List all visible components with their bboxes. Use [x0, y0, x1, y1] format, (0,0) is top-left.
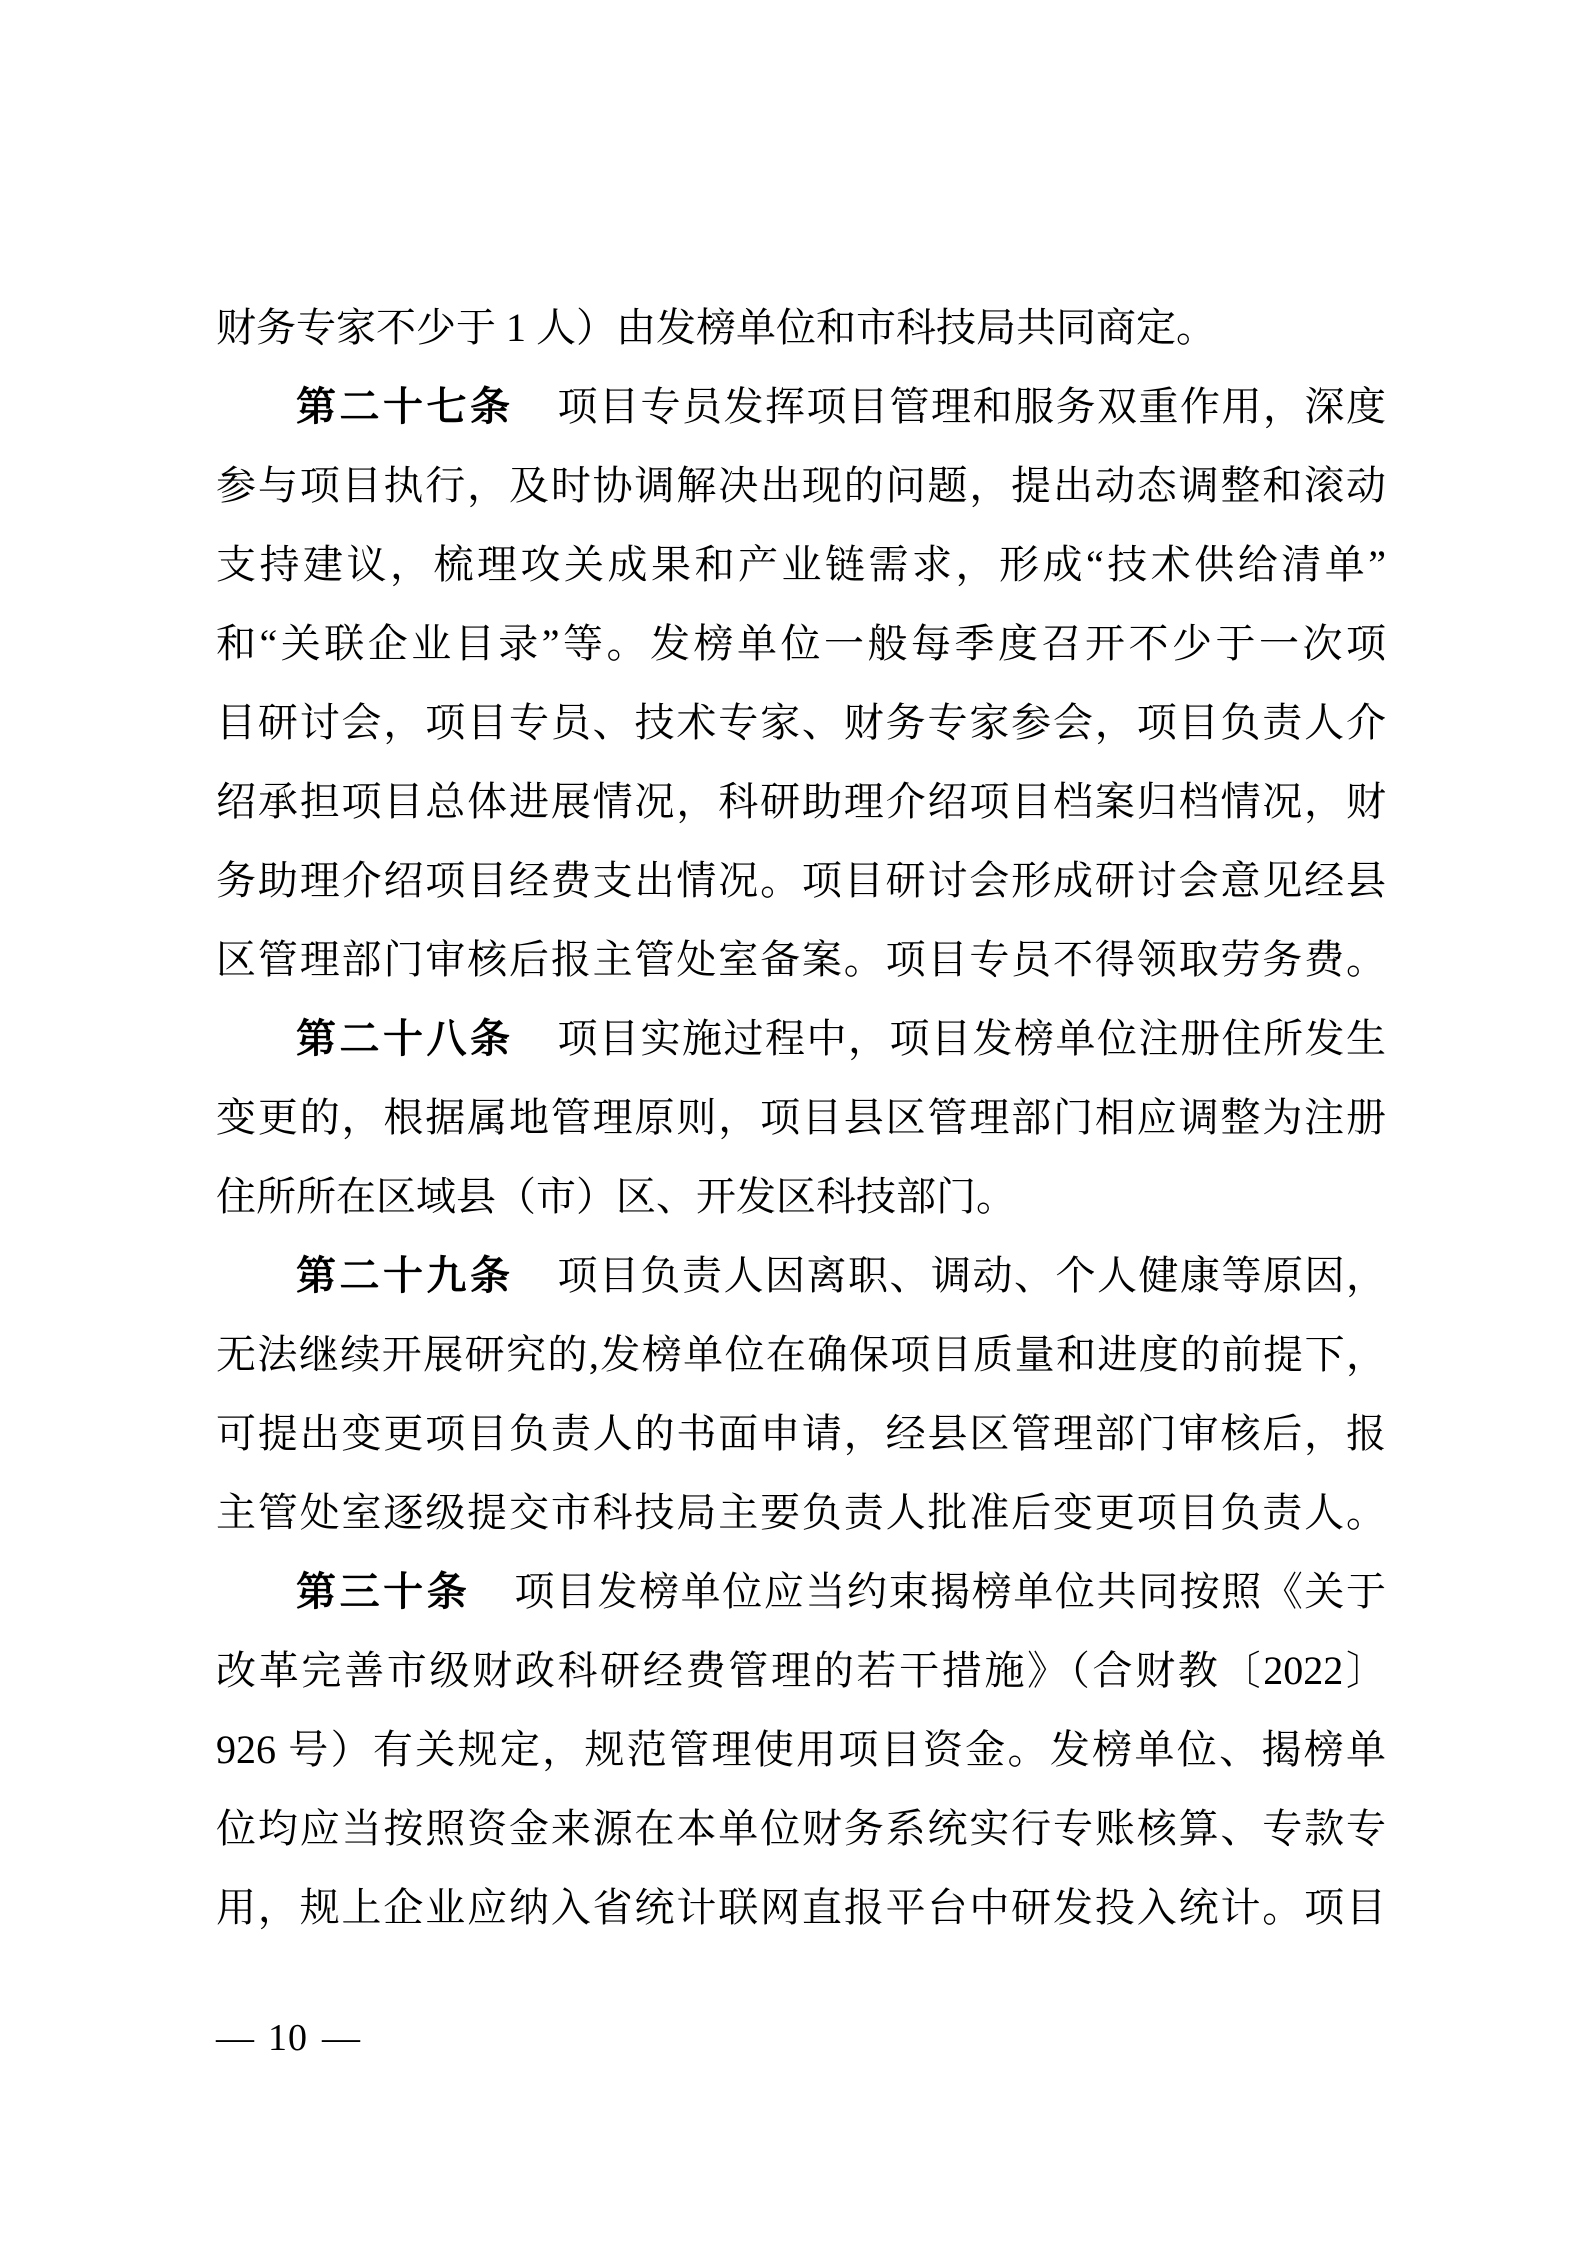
line-text: 项目发榜单位应当约束揭榜单位共同按照《关于 [514, 1569, 1386, 1614]
line-text: 目研讨会，项目专员、技术专家、财务专家参会，项目负责人介 [216, 700, 1386, 745]
text-line: 务助理介绍项目经费支出情况。项目研讨会形成研讨会意见经县 [216, 841, 1386, 920]
line-text: 住所所在区域县（市）区、开发区科技部门。 [216, 1174, 1016, 1219]
line-text: 支持建议，梳理攻关成果和产业链需求，形成“技术供给清单” [216, 542, 1386, 587]
line-text: 务助理介绍项目经费支出情况。项目研讨会形成研讨会意见经县 [216, 858, 1386, 903]
text-line: 支持建议，梳理攻关成果和产业链需求，形成“技术供给清单” [216, 525, 1386, 604]
document-page: 财务专家不少于 1 人）由发榜单位和市科技局共同商定。 第二十七条项目专员发挥项… [0, 0, 1588, 2245]
page-number: 10 [268, 2010, 308, 2066]
line-text: 926 号）有关规定，规范管理使用项目资金。发榜单位、揭榜单 [216, 1727, 1386, 1772]
text-line: 位均应当按照资金来源在本单位财务系统实行专账核算、专款专 [216, 1789, 1386, 1868]
text-line: 用，规上企业应纳入省统计联网直报平台中研发投入统计。项目 [216, 1868, 1386, 1947]
document-body: 财务专家不少于 1 人）由发榜单位和市科技局共同商定。 第二十七条项目专员发挥项… [216, 288, 1386, 1947]
text-line: 926 号）有关规定，规范管理使用项目资金。发榜单位、揭榜单 [216, 1710, 1386, 1789]
article-number: 第三十条 [296, 1569, 470, 1614]
line-text: 变更的，根据属地管理原则，项目县区管理部门相应调整为注册 [216, 1095, 1386, 1140]
line-text: 项目专员发挥项目管理和服务双重作用，深度 [558, 384, 1387, 429]
text-line: 和“关联企业目录”等。发榜单位一般每季度召开不少于一次项 [216, 604, 1386, 683]
text-line: 改革完善市级财政科研经费管理的若干措施》（合财教〔2022〕 [216, 1631, 1386, 1710]
text-line: 第三十条项目发榜单位应当约束揭榜单位共同按照《关于 [216, 1552, 1386, 1631]
text-line: 无法继续开展研究的,发榜单位在确保项目质量和进度的前提下， [216, 1315, 1386, 1394]
line-text: 主管处室逐级提交市科技局主要负责人批准后变更项目负责人。 [216, 1490, 1386, 1535]
text-line: 可提出变更项目负责人的书面申请，经县区管理部门审核后，报 [216, 1394, 1386, 1473]
text-line: 第二十八条项目实施过程中，项目发榜单位注册住所发生 [216, 999, 1386, 1078]
line-text: 项目负责人因离职、调动、个人健康等原因， [558, 1253, 1387, 1298]
article-number: 第二十七条 [296, 384, 514, 429]
line-text: 财务专家不少于 1 人）由发榜单位和市科技局共同商定。 [216, 305, 1216, 350]
text-line: 第二十七条项目专员发挥项目管理和服务双重作用，深度 [216, 367, 1386, 446]
text-line: 参与项目执行，及时协调解决出现的问题，提出动态调整和滚动 [216, 446, 1386, 525]
line-text: 项目实施过程中，项目发榜单位注册住所发生 [558, 1016, 1387, 1061]
text-line: 目研讨会，项目专员、技术专家、财务专家参会，项目负责人介 [216, 683, 1386, 762]
text-line: 第二十九条项目负责人因离职、调动、个人健康等原因， [216, 1236, 1386, 1315]
line-text: 绍承担项目总体进展情况，科研助理介绍项目档案归档情况，财 [216, 779, 1386, 824]
line-text: 改革完善市级财政科研经费管理的若干措施》（合财教〔2022〕 [216, 1648, 1386, 1693]
text-line: 变更的，根据属地管理原则，项目县区管理部门相应调整为注册 [216, 1078, 1386, 1157]
text-line: 主管处室逐级提交市科技局主要负责人批准后变更项目负责人。 [216, 1473, 1386, 1552]
line-text: 用，规上企业应纳入省统计联网直报平台中研发投入统计。项目 [216, 1885, 1386, 1930]
line-text: 区管理部门审核后报主管处室备案。项目专员不得领取劳务费。 [216, 937, 1386, 982]
line-text: 可提出变更项目负责人的书面申请，经县区管理部门审核后，报 [216, 1411, 1386, 1456]
line-text: 参与项目执行，及时协调解决出现的问题，提出动态调整和滚动 [216, 463, 1386, 508]
line-text: 无法继续开展研究的,发榜单位在确保项目质量和进度的前提下， [216, 1332, 1386, 1377]
footer-dash-right: — [322, 2010, 360, 2066]
line-text: 和“关联企业目录”等。发榜单位一般每季度召开不少于一次项 [216, 621, 1386, 666]
article-number: 第二十九条 [296, 1253, 514, 1298]
footer-dash-left: — [216, 2010, 254, 2066]
text-line: 区管理部门审核后报主管处室备案。项目专员不得领取劳务费。 [216, 920, 1386, 999]
text-line: 住所所在区域县（市）区、开发区科技部门。 [216, 1157, 1386, 1236]
line-text: 位均应当按照资金来源在本单位财务系统实行专账核算、专款专 [216, 1806, 1386, 1851]
text-line: 财务专家不少于 1 人）由发榜单位和市科技局共同商定。 [216, 288, 1386, 367]
page-footer: —10— [216, 2010, 360, 2066]
text-line: 绍承担项目总体进展情况，科研助理介绍项目档案归档情况，财 [216, 762, 1386, 841]
article-number: 第二十八条 [296, 1016, 514, 1061]
